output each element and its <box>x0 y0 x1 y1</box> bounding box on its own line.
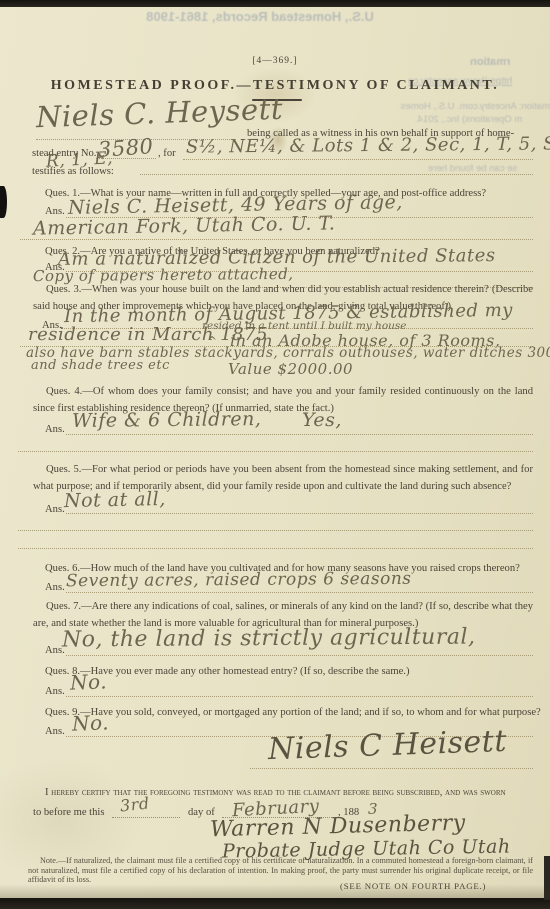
scan-edge-mark-left <box>0 186 7 218</box>
question-8: Ques. 8.—Have you ever made any other ho… <box>45 663 535 680</box>
land-description2-blank <box>140 174 533 175</box>
ghost-collection-title: U.S., Homestead Records, 1861-1908 <box>90 9 430 24</box>
land-description-blank <box>183 159 533 160</box>
q6-ans-label: Ans. <box>45 579 65 596</box>
q8-answer-handwritten: No. <box>70 669 108 694</box>
form-number: [4—369.] <box>0 56 550 66</box>
signature-rule <box>250 768 533 769</box>
ghost-fragment-3: mation: Ancestry.com. U.S., Homestead Re… <box>400 101 550 112</box>
see-note: (SEE NOTE ON FOURTH PAGE.) <box>340 881 486 891</box>
q8-ans-label: Ans. <box>45 683 65 700</box>
q4-ans-label: Ans. <box>45 421 65 438</box>
q9-answer-handwritten: No. <box>72 710 110 735</box>
claimant-signature-handwritten: Niels C Heisett <box>267 724 507 767</box>
day-handwritten: 3rd <box>119 794 150 816</box>
q6-answer-handwritten: Seventy acres, raised crops 6 seasons <box>66 569 412 591</box>
ghost-fragment-4: m Operations) Inc., 2014. <box>415 114 522 125</box>
q3-answer-line4-handwritten: and shade trees etc <box>31 358 170 373</box>
blank-line-1 <box>18 451 533 452</box>
q1-answer-line2-rule <box>20 239 533 240</box>
q3-value-handwritten: Value $2000.00 <box>228 360 353 378</box>
q4-answer-rule <box>66 434 533 435</box>
blank-line-3 <box>18 548 533 549</box>
q5-answer-handwritten: Not at all, <box>64 488 166 512</box>
intro-testifies: testifies as follows: <box>32 163 114 180</box>
q7-answer-handwritten: No, the land is strictly agricultural, <box>62 625 476 653</box>
q7-answer-rule <box>66 655 533 656</box>
scanned-document-page: U.S., Homestead Records, 1861-1908 rmati… <box>0 0 550 909</box>
q4-answer2-handwritten: Yes, <box>302 409 342 431</box>
question-9: Ques. 9.—Have you sold, conveyed, or mor… <box>45 704 535 721</box>
day-blank <box>112 817 180 818</box>
q4-answer1-handwritten: Wife & 6 Children, <box>72 408 262 432</box>
certify-line2-pre: to before me this <box>33 804 105 821</box>
ghost-fragment-5: se can be found here <box>428 163 517 174</box>
blank-line-2 <box>18 530 533 531</box>
q6-answer-rule <box>66 592 533 593</box>
q5-answer-rule <box>66 513 533 514</box>
q5-ans-label: Ans. <box>45 501 65 518</box>
scan-border-top <box>0 0 550 7</box>
land-description-handwritten: S½, NE¼, & Lots 1 & 2, Sec, 1, T, 5, S, <box>186 133 550 157</box>
q8-answer-rule <box>66 696 533 697</box>
q1-answer-line2-handwritten: American Fork, Utah Co. U. T. <box>33 212 336 239</box>
q9-ans-label: Ans. <box>45 723 65 740</box>
scan-border-bottom <box>0 898 550 909</box>
intro-for-label: , for <box>158 145 176 162</box>
